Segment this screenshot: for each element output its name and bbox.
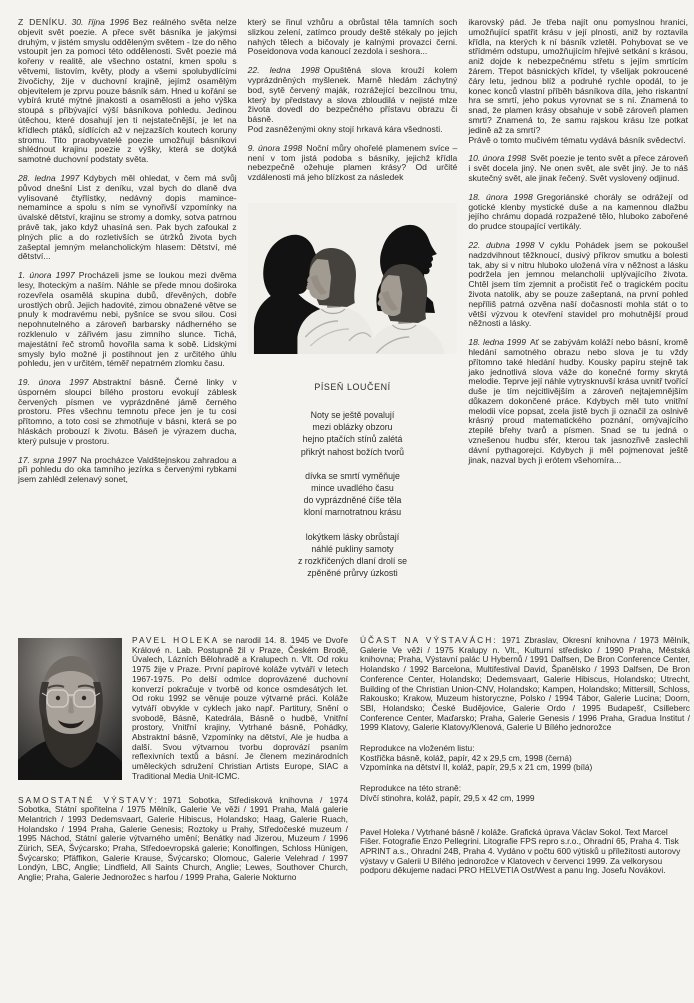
colophon: Pavel Holeka / Vytrhané básně / koláže. … <box>360 828 690 877</box>
group-exhibitions-heading: ÚČAST NA VÝSTAVÁCH: <box>360 635 498 645</box>
diary-entry-date: 18. ledna 1999 <box>468 337 526 347</box>
bio-name: PAVEL HOLEKA <box>132 635 219 645</box>
diary-entry: 19. února 1997Abstraktní básně. Černé li… <box>18 378 237 447</box>
solo-exhibitions-text: 1971 Sobotka, Středisková knihovna / 197… <box>18 795 348 883</box>
diary-entry-date: 22. dubna 1998 <box>468 240 534 250</box>
diary-entry-date: 19. února 1997 <box>18 377 88 387</box>
diary-column-left: Z DENÍKU.30. října 1996Bez reálného svět… <box>18 18 237 634</box>
diary-entry-date: 9. února 1998 <box>248 143 303 153</box>
diary-entry: 17. srpna 1997Na procházce Valdštejnskou… <box>18 456 237 485</box>
diary-entry: který se řinul vzhůru a obrůstal těla ta… <box>248 18 458 57</box>
diary-entry-text: Abstraktní básně. Černé linky v úsporném… <box>18 377 237 446</box>
portrait-photo <box>18 638 122 780</box>
diary-column-right: ikarovský pád. Je třeba najít onu pomysl… <box>468 18 688 634</box>
diary-entry-date: 1. února 1997 <box>18 270 75 280</box>
diary-entry: 18. ledna 1999Ať se zabývám koláží nebo … <box>468 338 688 465</box>
group-exhibitions-text: 1971 Zbraslav, Okresní knihovna / 1973 M… <box>360 635 690 732</box>
bio-section: PAVEL HOLEKAse narodil 14. 8. 1945 ve Dv… <box>0 634 694 984</box>
diary-entry: 28. ledna 1997Kdybych měl ohledat, v čem… <box>18 174 237 262</box>
solo-exhibitions: SAMOSTATNÉ VÝSTAVY:1971 Sobotka, Středis… <box>18 796 348 883</box>
diary-entry-date: 28. ledna 1997 <box>18 173 79 183</box>
diary-entry: 22. dubna 1998V cyklu Pohádek jsem se po… <box>468 241 688 329</box>
diary-entries-middle: který se řinul vzhůru a obrůstal těla ta… <box>248 18 458 183</box>
poem: PÍSEŇ LOUČENÍ Noty se ještě povalují mez… <box>248 382 458 579</box>
poem-stanza: Noty se ještě povalují mezi oblázky obzo… <box>248 409 458 458</box>
bio-paragraph: PAVEL HOLEKAse narodil 14. 8. 1945 ve Dv… <box>18 636 348 782</box>
diary-section: Z DENÍKU.30. října 1996Bez reálného svět… <box>0 0 694 634</box>
bio-left-half: PAVEL HOLEKAse narodil 14. 8. 1945 ve Dv… <box>18 636 348 984</box>
group-exhibitions: ÚČAST NA VÝSTAVÁCH:1971 Zbraslav, Okresn… <box>360 636 690 733</box>
diary-entry: 18. února 1998Gregoriánské chorály se od… <box>468 193 688 232</box>
diary-entry: 9. února 1998Noční můry ohořelé plamenem… <box>248 144 458 183</box>
bio-right-half: ÚČAST NA VÝSTAVÁCH:1971 Zbraslav, Okresn… <box>360 636 690 984</box>
diary-entry-text: Procházeli jsme se loukou mezi dvěma les… <box>18 270 237 368</box>
reproductions-insert-lines: Kostřička básně, koláž, papír, 42 x 29,5… <box>360 753 592 773</box>
diary-entry-date: 18. února 1998 <box>468 192 532 202</box>
reproductions-page: Reprodukce na této straně:Dívčí stinohra… <box>360 784 690 803</box>
poem-stanza: lokýtkem lásky obrůstají náhlé pukliny s… <box>248 531 458 580</box>
diary-column-middle: který se řinul vzhůru a obrůstal těla ta… <box>248 18 458 634</box>
diary-section-label: Z DENÍKU. <box>18 17 67 27</box>
diary-entry: 1. února 1997Procházeli jsme se loukou m… <box>18 271 237 369</box>
diary-entry-text: Opuštěná slova krouží kolem vyprázdněnýc… <box>248 65 458 134</box>
diary-entry-text: který se řinul vzhůru a obrůstal těla ta… <box>248 17 458 56</box>
diary-entry: 10. února 1998Svět poezie je tento svět … <box>468 154 688 183</box>
diary-entry-date: 10. února 1998 <box>468 153 526 163</box>
poem-title: PÍSEŇ LOUČENÍ <box>248 382 458 392</box>
bio-text: se narodil 14. 8. 1945 ve Dvoře Králové … <box>132 635 348 781</box>
poem-stanza: dívka se smrtí vyměňuje mince uvadlého č… <box>248 470 458 519</box>
diary-entry: 22. ledna 1998Opuštěná slova krouží kole… <box>248 66 458 135</box>
diary-entry-text: ikarovský pád. Je třeba najít onu pomysl… <box>468 17 688 145</box>
artwork-image <box>248 203 458 354</box>
poem-stanzas: Noty se ještě povalují mezi oblázky obzo… <box>248 409 458 579</box>
diary-entry-text: V cyklu Pohádek jsem se pokoušel nadzdvi… <box>468 240 688 328</box>
diary-entry-date: 22. ledna 1998 <box>248 65 320 75</box>
diary-entry-text: Bez reálného světa nelze objevit svět po… <box>18 17 237 164</box>
diary-entry-text: Kdybych měl ohledat, v čem má svůj původ… <box>18 173 237 261</box>
diary-entry: ikarovský pád. Je třeba najít onu pomysl… <box>468 18 688 145</box>
diary-entry: Z DENÍKU.30. října 1996Bez reálného svět… <box>18 18 237 165</box>
diary-entry-date: 17. srpna 1997 <box>18 455 77 465</box>
diary-entry-date: 30. října 1996 <box>71 17 128 27</box>
catalog-page: Z DENÍKU.30. října 1996Bez reálného svět… <box>0 0 694 1003</box>
solo-exhibitions-heading: SAMOSTATNÉ VÝSTAVY: <box>18 795 159 805</box>
diary-entry-text: Ať se zabývám koláží nebo básní, kromě h… <box>468 337 688 465</box>
reproductions-page-lines: Dívčí stinohra, koláž, papír, 29,5 x 42 … <box>360 793 535 803</box>
reproductions-insert: Reprodukce na vloženém listu:Kostřička b… <box>360 744 690 773</box>
